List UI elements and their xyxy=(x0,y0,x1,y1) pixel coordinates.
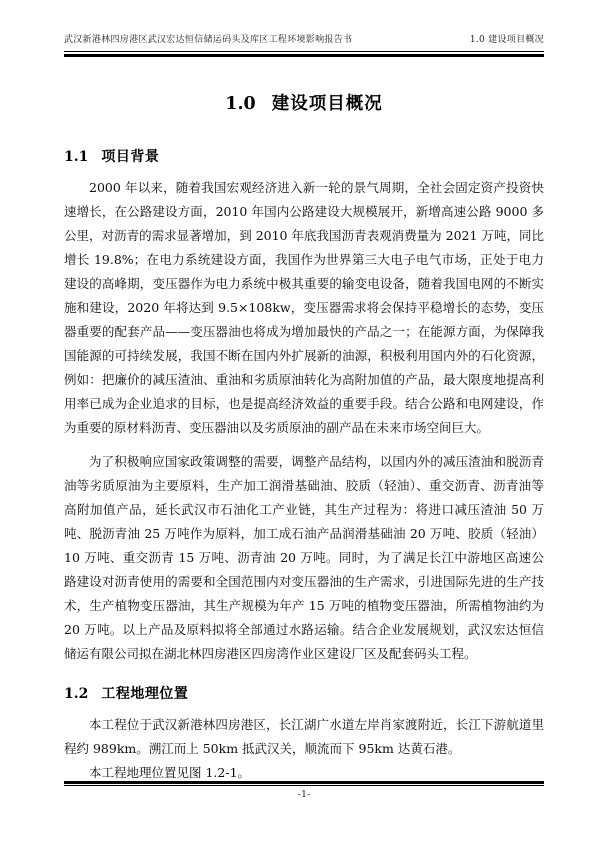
chapter-title: 1.0建设项目概况 xyxy=(64,90,544,115)
section-1-2-paragraph-1: 本工程位于武汉新港林四房港区，长江湖广水道左岸肖家渡附近，长江下游航道里程约 9… xyxy=(64,713,544,761)
chapter-title-text: 建设项目概况 xyxy=(272,94,383,114)
footer-rule-thick-line xyxy=(64,781,544,784)
page-footer: -1- xyxy=(64,781,544,800)
header-rule-thin-line xyxy=(64,51,544,52)
header-right-chapter: 1.0 建设项目概况 xyxy=(470,34,544,47)
section-heading-1-2: 1.2工程地理位置 xyxy=(64,683,544,703)
header-left-title: 武汉新港林四房港区武汉宏达恒信储运码头及库区工程环境影响报告书 xyxy=(64,34,352,47)
chapter-title-number: 1.0 xyxy=(225,94,255,114)
footer-rule xyxy=(64,781,544,786)
section-1-2-number: 1.2 xyxy=(64,686,88,702)
footer-rule-thin-line xyxy=(64,785,544,786)
section-1-1-text: 项目背景 xyxy=(101,149,159,165)
section-1-2-text: 工程地理位置 xyxy=(101,686,188,702)
section-1-1-paragraph-1: 2000 年以来，随着我国宏观经济进入新一轮的景气周期，全社会固定资产投资快速增… xyxy=(64,176,544,440)
running-header: 武汉新港林四房港区武汉宏达恒信储运码头及库区工程环境影响报告书 1.0 建设项目… xyxy=(64,34,544,47)
section-heading-1-1: 1.1项目背景 xyxy=(64,146,544,166)
header-rule-thick-line xyxy=(64,54,544,57)
header-rule xyxy=(64,51,544,57)
section-1-1-number: 1.1 xyxy=(64,149,88,165)
report-page: 武汉新港林四房港区武汉宏达恒信储运码头及库区工程环境影响报告书 1.0 建设项目… xyxy=(0,0,595,842)
page-number: -1- xyxy=(64,789,544,800)
page-content: 武汉新港林四房港区武汉宏达恒信储运码头及库区工程环境影响报告书 1.0 建设项目… xyxy=(64,34,544,785)
section-1-1-paragraph-2: 为了积极响应国家政策调整的需要，调整产品结构，以国内外的减压渣油和脱沥青油等劣质… xyxy=(64,450,544,666)
